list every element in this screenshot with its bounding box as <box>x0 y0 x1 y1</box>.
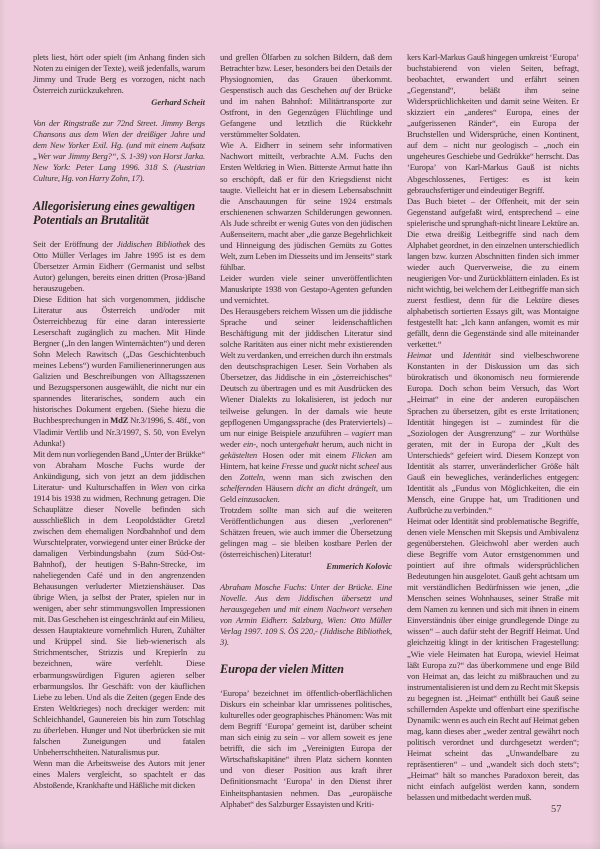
paragraph: Mit dem nun vorliegenden Band „Unter der… <box>33 449 205 758</box>
paragraph: kers Karl-Markus Gauß hingegen umkreist … <box>407 52 579 196</box>
paragraph: Wie A. Eidherr in seinem sehr informativ… <box>220 140 392 273</box>
paragraph: Seit der Eröffnung der Jiddischen Biblio… <box>33 239 205 294</box>
paragraph: Trotzdem sollte man sich auf die weitere… <box>220 505 392 560</box>
column-right: kers Karl-Markus Gauß hingegen umkreist … <box>407 52 579 810</box>
page-number: 57 <box>551 804 562 815</box>
text-columns: plets liest, hört oder spielt (im Anhang… <box>33 52 579 810</box>
paragraph: Heimat oder Identität sind problematisch… <box>407 516 579 803</box>
paragraph: Leider wurden viele seiner unveröffentli… <box>220 273 392 306</box>
column-left: plets liest, hört oder spielt (im Anhang… <box>33 52 205 810</box>
author-signature: Emmerich Kolovic <box>220 561 392 572</box>
article-heading: Europa der vielen Mitten <box>220 662 392 677</box>
author-signature: Gerhard Scheit <box>33 97 205 108</box>
paragraph: ‘Europa’ bezeichnet im öffentlich-oberfl… <box>220 688 392 810</box>
paragraph: plets liest, hört oder spielt (im Anhang… <box>33 52 205 96</box>
paragraph: und grellen Ölfarben zu solchen Bildern,… <box>220 52 392 140</box>
column-middle: und grellen Ölfarben zu solchen Bildern,… <box>220 52 392 810</box>
paragraph: Wenn man die Arbeitsweise des Autors mit… <box>33 758 205 791</box>
paragraph: Das Buch bietet – der Offenheit, mit der… <box>407 196 579 351</box>
paragraph: Heimat und Identität sind vielbeschworen… <box>407 350 579 516</box>
paragraph: Des Herausgebers reichem Wissen um die j… <box>220 306 392 505</box>
journal-page: plets liest, hört oder spielt (im Anhang… <box>0 0 600 849</box>
paragraph: Diese Edition hat sich vorgenommen, jidd… <box>33 294 205 449</box>
article-heading: Allegorisierung eines gewaltigen Potenti… <box>33 199 205 228</box>
bibliography-entry: Abraham Mosche Fuchs: Unter der Brücke. … <box>220 582 392 648</box>
bibliography-entry: Von der Ringstraße zur 72nd Street. Jimm… <box>33 118 205 184</box>
